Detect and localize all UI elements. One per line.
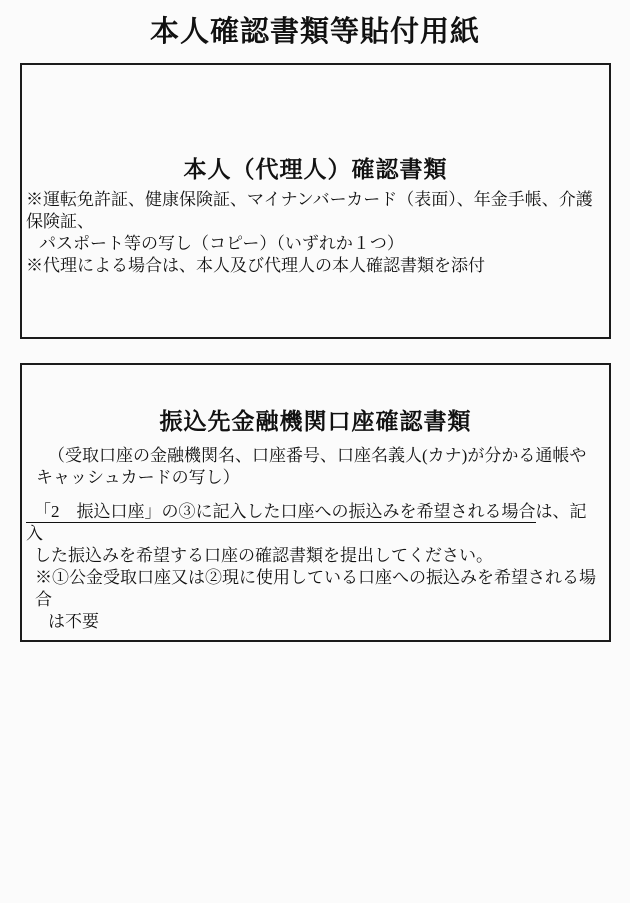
exemption-note-line1: ※①公金受取口座又は②現に使用している口座への振込みを希望される場合 [26, 567, 603, 611]
instruction-line2: した振込みを希望する口座の確認書類を提出してください。 [26, 545, 603, 567]
bank-account-documents-attachment-box: 振込先金融機関口座確認書類 （受取口座の金融機関名、口座番号、口座名義人(カナ)… [20, 363, 611, 642]
accepted-documents-note-line2: パスポート等の写し（コピー）（いずれか１つ） [26, 233, 603, 255]
bank-paren-note-line2: キャッシュカードの写し） [26, 467, 603, 489]
instruction-underlined-text: 「2 振込口座」の③に記入した口座への振込みを希望される場合 [26, 502, 536, 523]
proxy-case-note: ※代理による場合は、本人及び代理人の本人確認書類を添付 [26, 255, 603, 277]
bank-box-instruction: 「2 振込口座」の③に記入した口座への振込みを希望される場合は、記入 した振込み… [22, 501, 609, 633]
bank-paren-note-line1: （受取口座の金融機関名、口座番号、口座名義人(カナ)が分かる通帳や [26, 445, 603, 467]
exemption-note-line2: は不要 [26, 611, 603, 633]
bank-box-heading: 振込先金融機関口座確認書類 [22, 405, 609, 439]
bank-box-paren-note: （受取口座の金融機関名、口座番号、口座名義人(カナ)が分かる通帳や キャッシュカ… [22, 445, 609, 489]
instruction-line1: 「2 振込口座」の③に記入した口座への振込みを希望される場合は、記入 [26, 501, 603, 545]
page-title: 本人確認書類等貼付用紙 [0, 12, 630, 52]
identity-documents-attachment-box: 本人（代理人）確認書類 ※運転免許証、健康保険証、マイナンバーカード（表面）、年… [20, 63, 611, 339]
accepted-documents-note-line1: ※運転免許証、健康保険証、マイナンバーカード（表面）、年金手帳、介護保険証、 [26, 189, 603, 233]
identity-box-heading: 本人（代理人）確認書類 [22, 153, 609, 187]
identity-box-notes: ※運転免許証、健康保険証、マイナンバーカード（表面）、年金手帳、介護保険証、 パ… [22, 189, 609, 277]
